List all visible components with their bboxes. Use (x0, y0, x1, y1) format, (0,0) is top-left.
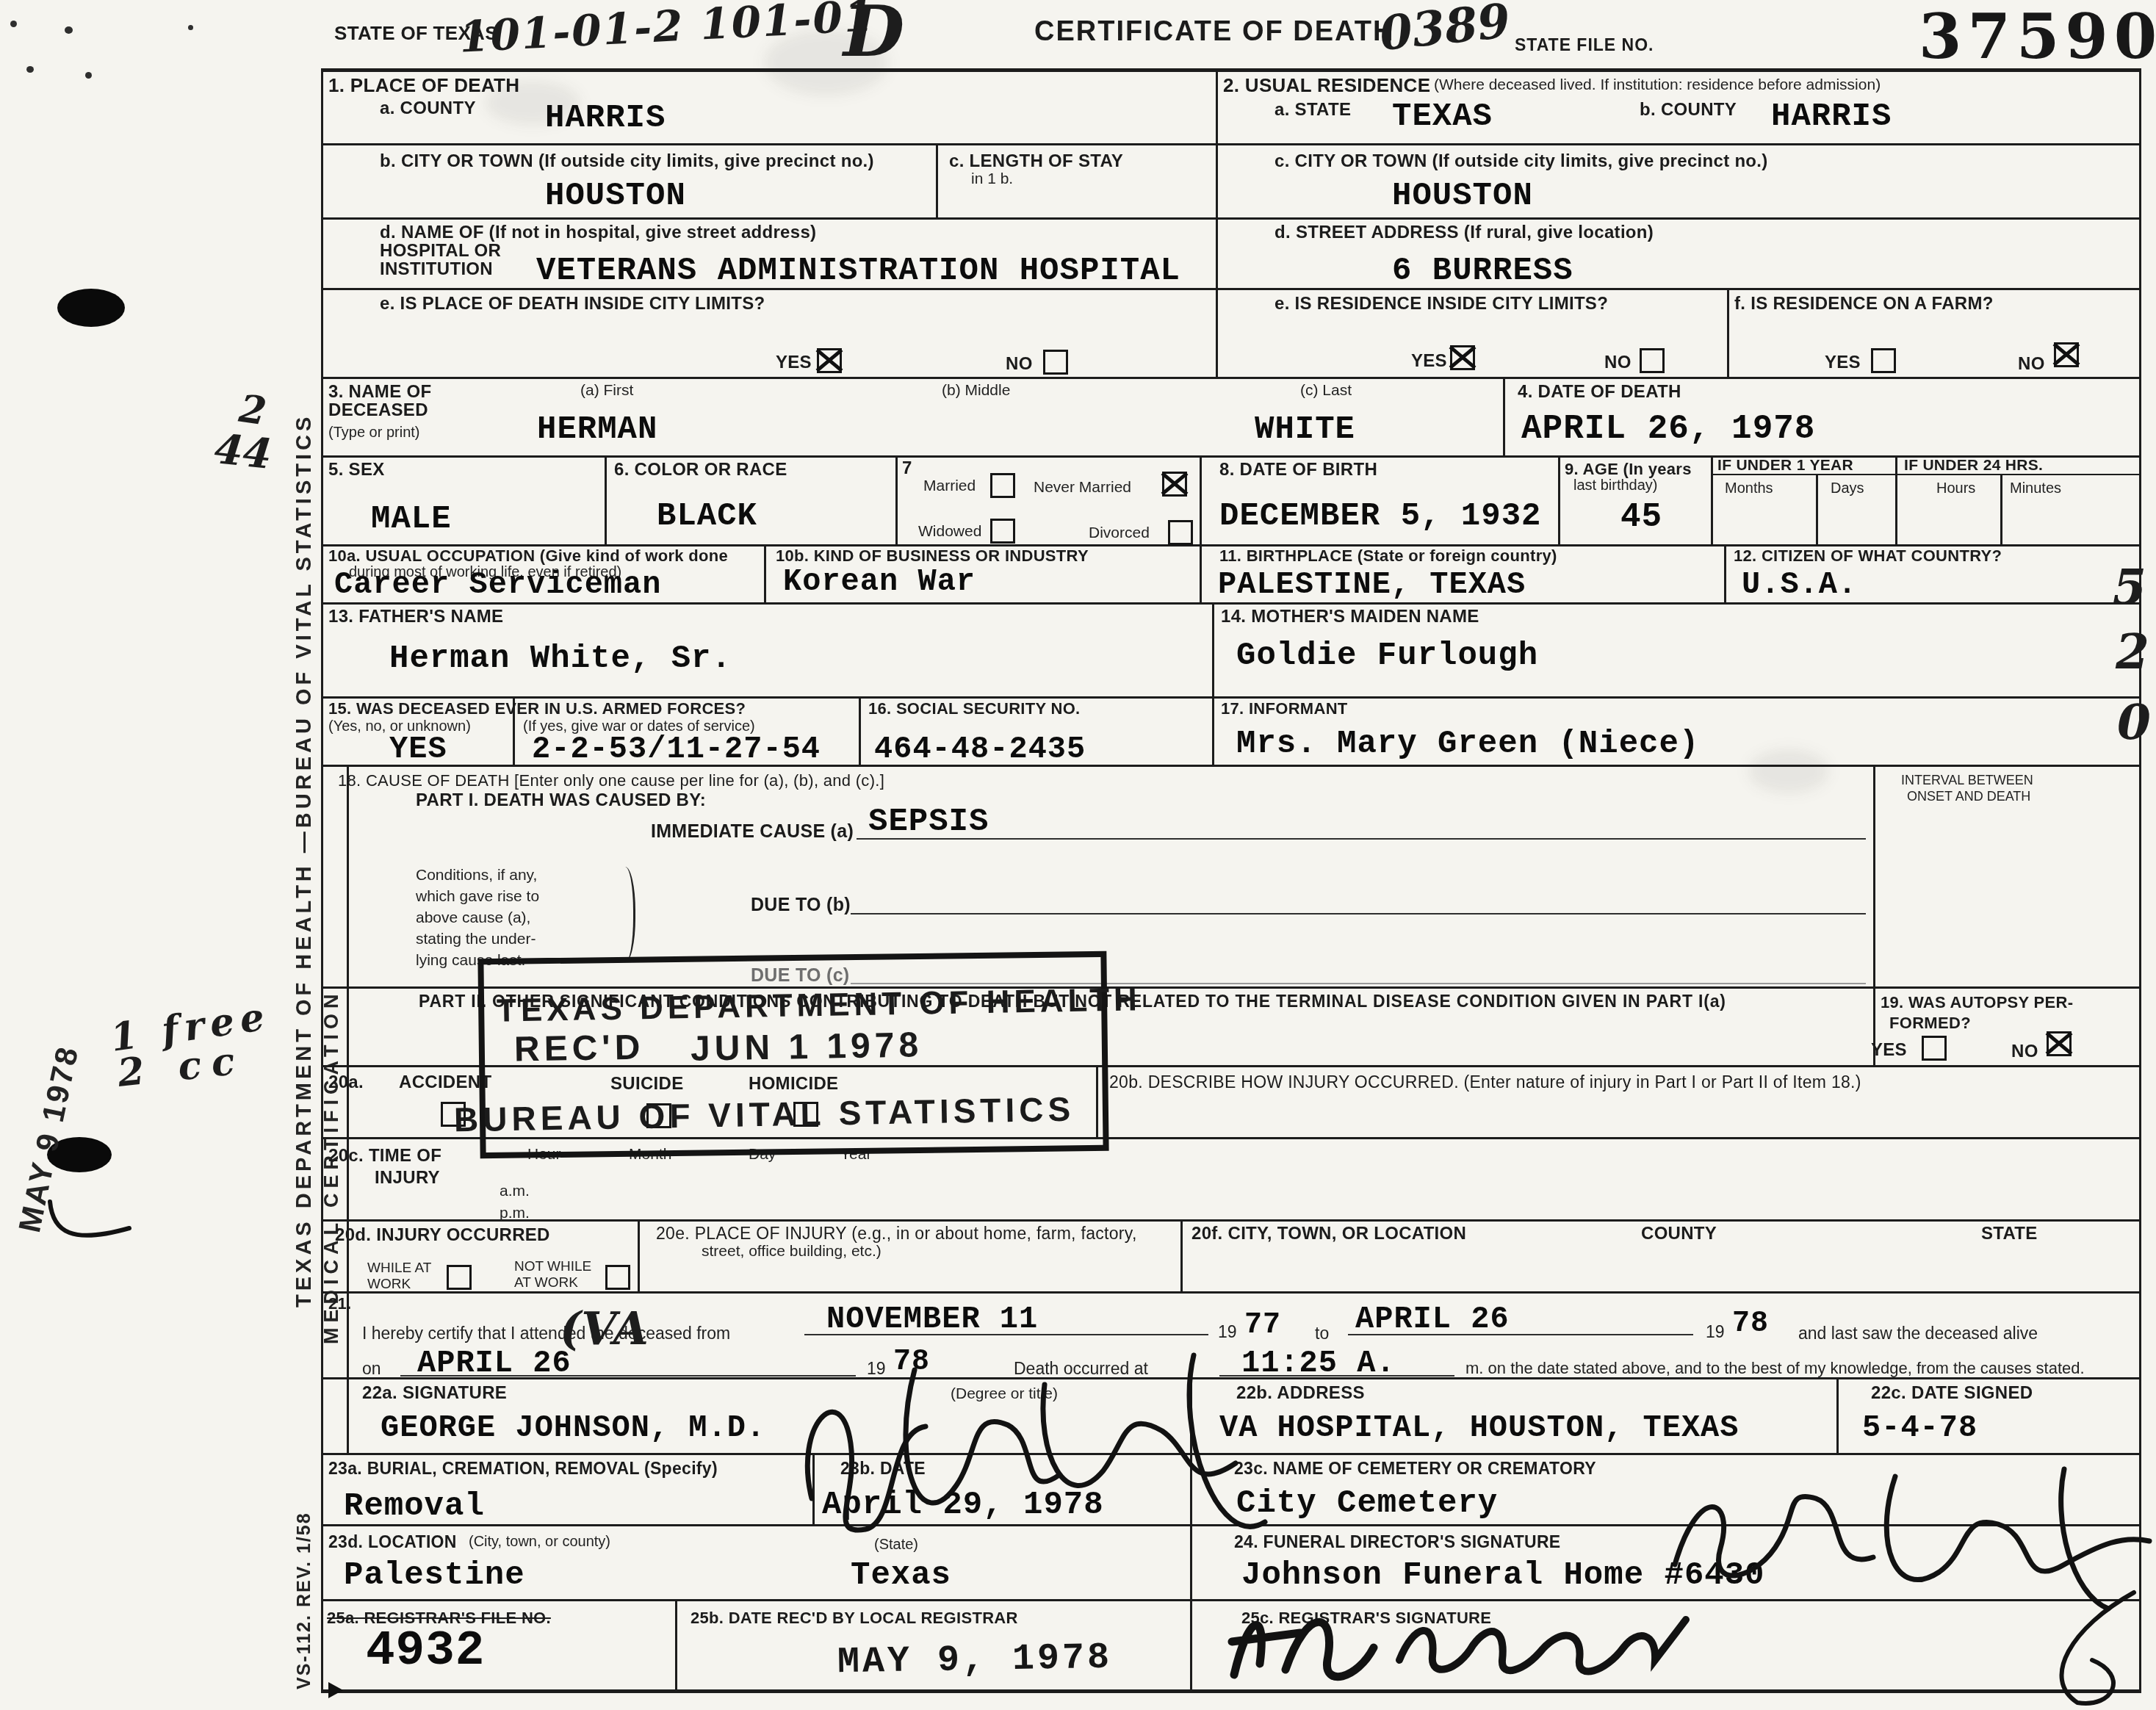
while-at-work-checkbox (447, 1265, 472, 1290)
divorced-checkbox (1168, 520, 1193, 545)
grid-line (1503, 377, 1505, 455)
cert-19-prefix-1: 19 (1218, 1322, 1237, 1342)
conditions-brace (617, 867, 635, 962)
received-stamp-date: JUN 1 1978 (691, 1025, 923, 1069)
ink-speck (85, 72, 92, 79)
interval-label-2: ONSET AND DEATH (1907, 789, 2030, 804)
residence-state-value: TEXAS (1392, 98, 1493, 135)
hospital-label-1: d. NAME OF (If not in hospital, give str… (380, 223, 816, 243)
grid-line (1200, 544, 1202, 602)
residence-limits-yes-label: YES (1411, 351, 1447, 372)
while-at-work-label-1: WHILE AT (367, 1260, 431, 1277)
grid-line (1895, 455, 1897, 544)
grid-line (851, 913, 1866, 914)
farm-yes-checkbox (1871, 348, 1896, 373)
length-of-stay-sublabel: in 1 b. (971, 170, 1013, 188)
county-value: HARRIS (545, 100, 666, 137)
married-label: Married (923, 477, 976, 495)
date-of-death-value: APRIL 26, 1978 (1521, 410, 1815, 448)
margin-note-2b: 2 (2116, 623, 2149, 680)
residence-city-limits-label: e. IS RESIDENCE INSIDE CITY LIMITS? (1275, 294, 1608, 314)
immediate-cause-label: IMMEDIATE CAUSE (a) (651, 821, 854, 843)
while-at-work-label-2: WORK (367, 1277, 411, 1293)
armed-forces-label: 15. WAS DECEASED EVER IN U.S. ARMED FORC… (328, 699, 746, 718)
ink-speck (188, 25, 193, 30)
informant-label: 17. INFORMANT (1221, 699, 1348, 718)
residence-state-label: a. STATE (1275, 100, 1351, 120)
margin-note-44: 44 (212, 425, 274, 479)
grid-line (1348, 1334, 1693, 1335)
accident-label: ACCIDENT (399, 1072, 491, 1093)
handwritten-va-note: (VA (560, 1302, 649, 1355)
date-of-birth-value: DECEMBER 5, 1932 (1219, 498, 1541, 535)
autopsy-yes-checkbox (1922, 1036, 1947, 1061)
residence-county-value: HARRIS (1771, 98, 1892, 135)
never-married-label: Never Married (1034, 479, 1131, 497)
grid-line (895, 455, 898, 544)
city-town-county-sublabel: (City, town, or county) (469, 1534, 610, 1551)
part1-label: PART I. DEATH WAS CAUSED BY: (416, 790, 706, 811)
registrar-file-number: 4932 (366, 1623, 485, 1678)
business-label: 10b. KIND OF BUSINESS OR INDUSTRY (776, 546, 1089, 566)
grid-line (1711, 455, 1713, 544)
not-while-at-work-label-2: AT WORK (514, 1275, 578, 1291)
death-certificate-scan: TEXAS DEPARTMENT OF HEALTH —BUREAU OF VI… (0, 0, 2156, 1710)
injury-county-label: COUNTY (1641, 1224, 1717, 1244)
date-of-death-label: 4. DATE OF DEATH (1518, 382, 1681, 403)
grid-line (1724, 544, 1726, 602)
handwritten-letter-d: D (843, 0, 904, 73)
residence-limits-no-checkbox (1640, 348, 1665, 373)
grid-line (764, 544, 766, 602)
grid-line (1212, 696, 1214, 765)
race-value: BLACK (657, 498, 757, 535)
business-value: Korean War (783, 564, 976, 599)
place-of-injury-label-1: 20e. PLACE OF INJURY (e.g., in or about … (656, 1224, 1137, 1244)
registrar-date-stamp: MAY 9, 1978 (837, 1637, 1113, 1684)
grid-line (321, 696, 2141, 699)
received-stamp-recd: REC'D (514, 1027, 645, 1069)
grid-line (2000, 474, 2002, 544)
residence-limits-yes-checkbox-checked (1450, 345, 1475, 370)
grid-line (1873, 765, 1875, 1065)
age-label-1: 9. AGE (In years (1565, 460, 1692, 479)
citizen-value: U.S.A. (1742, 567, 1857, 602)
grid-line (321, 68, 2141, 72)
date-signed-label: 22c. DATE SIGNED (1871, 1383, 2033, 1404)
residence-limits-no-label: NO (1604, 353, 1632, 373)
not-while-at-work-checkbox (605, 1265, 630, 1290)
grid-line (804, 1334, 1208, 1335)
first-name-label: (a) First (580, 382, 633, 400)
grid-line (321, 455, 2141, 458)
months-label: Months (1725, 480, 1773, 497)
farm-yes-label: YES (1825, 353, 1861, 373)
grid-line (1212, 602, 1214, 696)
cert-to-word: to (1315, 1324, 1329, 1343)
place-limits-no-label: NO (1006, 354, 1033, 375)
father-name-value: Herman White, Sr. (389, 641, 732, 677)
autopsy-yes-label: YES (1871, 1040, 1907, 1061)
grid-line (605, 455, 607, 544)
conditions-note-2: which gave rise to (416, 888, 539, 906)
cert-to-year: 78 (1732, 1307, 1769, 1341)
grid-line (1216, 68, 1218, 377)
physician-signature (779, 1344, 1308, 1565)
cert-on-word: on (362, 1359, 381, 1379)
cert-19-prefix-2: 19 (1706, 1322, 1725, 1342)
ink-speck (65, 26, 73, 34)
grid-line (1816, 474, 1818, 544)
grid-line (857, 838, 1866, 840)
form-code-vertical-label: VS-112. REV. 1/58 (294, 1512, 315, 1689)
occupation-label-1: 10a. USUAL OCCUPATION (Give kind of work… (328, 546, 728, 566)
autopsy-no-checkbox-checked (2047, 1031, 2072, 1056)
ink-speck (26, 66, 34, 73)
age-label-2: last birthday) (1573, 477, 1658, 494)
grid-line (321, 1291, 2141, 1294)
sex-label: 5. SEX (328, 460, 385, 480)
pm-label: p.m. (500, 1205, 530, 1222)
conditions-note-1: Conditions, if any, (416, 867, 537, 884)
conditions-note-3: above cause (a), (416, 909, 530, 927)
corner-mark (328, 1682, 343, 1698)
county-label: a. COUNTY (380, 98, 476, 119)
conditions-note-4: stating the under- (416, 931, 536, 948)
birthplace-label: 11. BIRTHPLACE (State or foreign country… (1219, 546, 1557, 566)
place-limits-yes-label: YES (776, 353, 812, 373)
city-value: HOUSTON (545, 178, 686, 214)
hospital-label-3: INSTITUTION (380, 259, 493, 280)
age-value: 45 (1620, 498, 1662, 536)
cert-attended-from-date: NOVEMBER 11 (826, 1302, 1038, 1337)
cert-number: 21. (328, 1294, 351, 1313)
place-of-death-title: 1. PLACE OF DEATH (328, 74, 519, 97)
burial-type-value: Removal (344, 1488, 485, 1525)
length-of-stay-label: c. LENGTH OF STAY (949, 151, 1123, 172)
hours-label: Hours (1936, 480, 1975, 497)
cert-attended-to-date: APRIL 26 (1355, 1302, 1510, 1337)
burial-type-label: 23a. BURIAL, CREMATION, REMOVAL (Specify… (328, 1459, 718, 1479)
middle-name-label: (b) Middle (942, 382, 1010, 400)
am-label: a.m. (500, 1183, 530, 1200)
margin-note-5: 5 (2113, 558, 2146, 616)
grid-line (1727, 288, 1729, 377)
not-while-at-work-label-1: NOT WHILE (514, 1259, 591, 1275)
if-under-24-hrs-label: IF UNDER 24 HRS. (1904, 457, 2043, 475)
father-name-label: 13. FATHER'S NAME (328, 607, 503, 627)
burial-location-label: 23d. LOCATION (328, 1532, 457, 1552)
service-dates-value: 2-2-53/11-27-54 (532, 732, 821, 767)
grid-line (1190, 1599, 1192, 1689)
time-of-injury-label-1: 20c. TIME OF (328, 1146, 441, 1166)
minutes-label: Minutes (2010, 480, 2061, 497)
margin-arrow-mark (43, 1197, 138, 1256)
married-checkbox (990, 473, 1015, 498)
days-label: Days (1831, 480, 1864, 497)
residence-city-value: HOUSTON (1392, 178, 1533, 214)
type-or-print-label: (Type or print) (328, 425, 419, 441)
usual-residence-title: 2. USUAL RESIDENCE (1223, 74, 1430, 97)
handwritten-0389: 0389 (1377, 0, 1513, 62)
name-of-deceased-label-2: DECEASED (328, 400, 428, 421)
margin-note-0: 0 (2117, 693, 2151, 751)
grid-line (321, 217, 2141, 220)
autopsy-label-2: FORMED? (1889, 1014, 1971, 1033)
injury-city-label: 20f. CITY, TOWN, OR LOCATION (1191, 1224, 1466, 1244)
widowed-checkbox (990, 519, 1015, 544)
burial-location-value: Palestine (344, 1557, 525, 1594)
due-to-b-label: DUE TO (b) (751, 895, 851, 916)
armed-forces-answer: YES (389, 732, 447, 767)
never-married-checkbox-checked (1162, 472, 1187, 497)
physician-name-value: GEORGE JOHNSON, M.D. (381, 1410, 765, 1446)
grid-line (859, 696, 861, 765)
usual-residence-note: (Where deceased lived. If institution: r… (1434, 76, 1881, 94)
state-file-no-label: STATE FILE NO. (1515, 35, 1654, 55)
cause-of-death-label: 18. CAUSE OF DEATH [Enter only one cause… (338, 771, 884, 790)
immediate-cause-value: SEPSIS (868, 804, 989, 840)
hospital-label-2: HOSPITAL OR (380, 241, 501, 261)
mother-name-label: 14. MOTHER'S MAIDEN NAME (1221, 607, 1479, 627)
signature-label: 22a. SIGNATURE (362, 1383, 507, 1404)
widowed-label: Widowed (918, 523, 981, 541)
registrar-signature (1216, 1590, 1745, 1708)
injury-state-label: STATE (1981, 1224, 2038, 1244)
smudge (1748, 749, 1829, 793)
grid-line (638, 1219, 640, 1291)
cert-from-year: 77 (1244, 1309, 1281, 1342)
place-limits-no-checkbox (1043, 350, 1068, 375)
grid-line (321, 602, 2141, 605)
residence-farm-label: f. IS RESIDENCE ON A FARM? (1734, 294, 1994, 314)
autopsy-label-1: 19. WAS AUTOPSY PER- (1881, 993, 2073, 1012)
autopsy-no-label: NO (2011, 1042, 2038, 1062)
cert-post-text: and last saw the deceased alive (1798, 1324, 2038, 1343)
informant-value: Mrs. Mary Green (Niece) (1236, 726, 1699, 762)
place-city-limits-label: e. IS PLACE OF DEATH INSIDE CITY LIMITS? (380, 294, 765, 314)
certificate-title: CERTIFICATE OF DEATH (1034, 16, 1394, 48)
hospital-value: VETERANS ADMINISTRATION HOSPITAL (536, 253, 1180, 289)
signature-tail-loop (2027, 1587, 2152, 1710)
ink-speck (10, 21, 17, 27)
time-of-injury-label-2: INJURY (375, 1168, 440, 1188)
describe-injury-label: 20b. DESCRIBE HOW INJURY OCCURRED. (Ente… (1109, 1072, 1861, 1092)
citizen-label: 12. CITIZEN OF WHAT COUNTRY? (1734, 546, 2002, 566)
last-name-value: WHITE (1255, 411, 1355, 448)
place-of-injury-label-2: street, office building, etc.) (702, 1243, 881, 1260)
race-label: 6. COLOR OR RACE (614, 460, 787, 480)
date-of-birth-label: 8. DATE OF BIRTH (1219, 460, 1377, 480)
place-limits-yes-checkbox-checked (817, 348, 842, 373)
ssn-value: 464-48-2435 (874, 732, 1086, 767)
date-signed-value: 5-4-78 (1862, 1410, 1977, 1446)
injury-20a-number: 20a. (328, 1072, 364, 1093)
grid-line (1836, 1377, 1839, 1453)
grid-line (2139, 68, 2141, 1692)
first-name-value: HERMAN (537, 411, 657, 448)
grid-line (1180, 1219, 1183, 1291)
street-address-value: 6 BURRESS (1392, 253, 1573, 289)
farm-no-checkbox-checked (2054, 342, 2079, 367)
grid-line (321, 143, 2141, 145)
injury-occurred-label: 20d. INJURY OCCURRED (335, 1225, 550, 1246)
residence-city-label: c. CITY OR TOWN (If outside city limits,… (1275, 151, 1768, 172)
city-label: b. CITY OR TOWN (If outside city limits,… (380, 151, 874, 172)
grid-line (321, 68, 323, 1692)
mother-name-value: Goldie Furlough (1236, 638, 1538, 674)
name-of-deceased-label-1: 3. NAME OF (328, 382, 431, 403)
grid-line (347, 765, 349, 1453)
grid-line (321, 1219, 2141, 1222)
interval-label-1: INTERVAL BETWEEN (1901, 773, 2033, 788)
farm-no-label: NO (2018, 354, 2045, 375)
grid-line (1200, 455, 1202, 544)
divorced-label: Divorced (1089, 524, 1150, 542)
hole-punch (57, 289, 125, 327)
cert-post2-text: m. on the date stated above, and to the … (1465, 1359, 2085, 1378)
grid-line (1558, 455, 1560, 544)
ssn-label: 16. SOCIAL SECURITY NO. (868, 699, 1081, 718)
marital-section-number: 7 (902, 458, 912, 479)
residence-county-label: b. COUNTY (1640, 100, 1737, 120)
dept-of-health-vertical-label: TEXAS DEPARTMENT OF HEALTH —BUREAU OF VI… (292, 414, 317, 1307)
grid-line (321, 377, 2141, 379)
sex-value: MALE (371, 501, 452, 538)
grid-line (675, 1599, 677, 1689)
cert-pre-text: I hereby certify that I attended the dec… (362, 1324, 730, 1343)
grid-line (936, 143, 938, 217)
street-address-label: d. STREET ADDRESS (If rural, give locati… (1275, 223, 1654, 243)
if-under-1-year-label: IF UNDER 1 YEAR (1717, 457, 1853, 475)
state-file-number: 37590 (1919, 0, 2156, 73)
birthplace-value: PALESTINE, TEXAS (1218, 567, 1526, 602)
occupation-value: Career Serviceman (334, 567, 661, 602)
registrar-date-label: 25b. DATE REC'D BY LOCAL REGISTRAR (691, 1609, 1018, 1628)
last-name-label: (c) Last (1300, 382, 1352, 400)
